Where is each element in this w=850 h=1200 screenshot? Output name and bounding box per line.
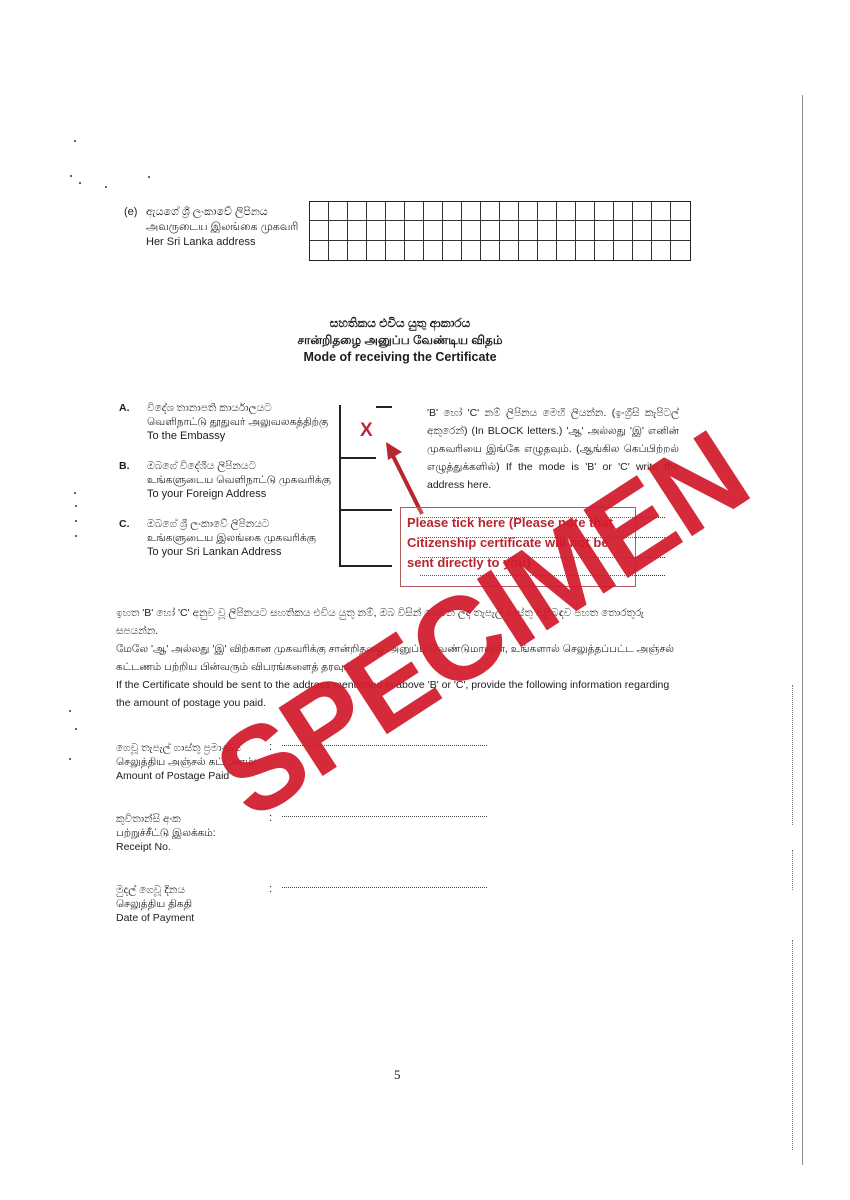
field-tamil: பற்றுச்சீட்டு இலக்கம்: bbox=[116, 826, 216, 840]
address-grid-cell[interactable] bbox=[443, 202, 462, 221]
address-grid-cell[interactable] bbox=[443, 221, 462, 240]
right-margin-rule bbox=[802, 95, 803, 1165]
address-grid-cell[interactable] bbox=[329, 241, 348, 260]
address-grid-cell[interactable] bbox=[310, 221, 329, 240]
field-tamil: செலுத்திய திகதி bbox=[116, 897, 194, 911]
tick-box-border bbox=[340, 565, 392, 567]
scan-speck bbox=[148, 176, 150, 178]
label-sinhala: ඇයගේ ශ්‍රී ලංකාවේ ලිපිනය bbox=[146, 206, 268, 218]
selected-mark-x: X bbox=[360, 420, 373, 442]
address-grid-cell[interactable] bbox=[481, 221, 500, 240]
address-grid-cell[interactable] bbox=[595, 241, 614, 260]
address-grid-cell[interactable] bbox=[386, 241, 405, 260]
address-grid-cell[interactable] bbox=[671, 241, 690, 260]
address-grid-cell[interactable] bbox=[462, 202, 481, 221]
address-grid-cell[interactable] bbox=[576, 241, 595, 260]
heading-sinhala: සහතිකය එවිය යුතු ආකාරය bbox=[0, 315, 800, 332]
option-embassy: A. විදේශ තානාපති කාර්යාලයට வெளிநாட்டு தூ… bbox=[119, 401, 328, 443]
option-letter: A. bbox=[119, 401, 130, 415]
address-grid-cell[interactable] bbox=[367, 202, 386, 221]
scan-speck bbox=[105, 186, 107, 188]
address-grid-cell[interactable] bbox=[576, 221, 595, 240]
option-tamil: உங்களுடைய வெளிநாட்டு முகவரிக்கு bbox=[147, 473, 331, 487]
field-date-of-payment-label: මුදල් ගෙවූ දිනය செலுத்திய திகதி Date of … bbox=[116, 883, 194, 925]
address-grid-cell[interactable] bbox=[519, 241, 538, 260]
option-tamil: உங்களுடைய இலங்கை முகவரிக்கு bbox=[147, 531, 316, 545]
address-grid-cell[interactable] bbox=[519, 221, 538, 240]
address-grid-cell[interactable] bbox=[500, 241, 519, 260]
address-grid-cell[interactable] bbox=[633, 202, 652, 221]
sri-lanka-address-grid[interactable] bbox=[309, 201, 691, 261]
option-letter: C. bbox=[119, 517, 130, 531]
address-grid-cell[interactable] bbox=[443, 241, 462, 260]
address-grid-cell[interactable] bbox=[614, 221, 633, 240]
address-grid-cell[interactable] bbox=[557, 202, 576, 221]
section-index: (e) bbox=[124, 205, 146, 220]
option-english: To your Sri Lankan Address bbox=[147, 545, 316, 559]
address-grid-cell[interactable] bbox=[310, 241, 329, 260]
scan-speck bbox=[75, 535, 77, 537]
option-sinhala: ඔබගේ විදේශීය ලිපිනයට bbox=[147, 459, 331, 473]
date-of-payment-input[interactable] bbox=[282, 887, 487, 888]
scan-speck bbox=[74, 492, 76, 494]
address-grid-cell[interactable] bbox=[348, 241, 367, 260]
address-grid-cell[interactable] bbox=[557, 241, 576, 260]
instruction-block-letters: (In BLOCK letters.) bbox=[472, 425, 563, 437]
heading-tamil: சான்றிதழை அனுப்ப வேண்டிய விதம் bbox=[0, 332, 800, 349]
address-grid-cell[interactable] bbox=[538, 241, 557, 260]
margin-dash-marks bbox=[792, 940, 794, 1150]
scan-speck bbox=[79, 182, 81, 184]
address-grid-cell[interactable] bbox=[367, 241, 386, 260]
option-sri-lankan-address: C. ඔබගේ ශ්‍රී ලංකාවේ ලිපිනයට உங்களுடைய இ… bbox=[119, 517, 316, 559]
receipt-no-input[interactable] bbox=[282, 816, 487, 817]
scan-speck bbox=[74, 140, 76, 142]
address-grid-cell[interactable] bbox=[462, 221, 481, 240]
mode-of-receiving-heading: සහතිකය එවිය යුතු ආකාරය சான்றிதழை அனுப்ப … bbox=[0, 315, 800, 366]
her-sri-lanka-address-label: (e)ඇයගේ ශ්‍රී ලංකාවේ ලිපිනය அவருடைய இலங்… bbox=[124, 205, 298, 250]
scan-speck bbox=[75, 728, 77, 730]
address-grid-cell[interactable] bbox=[671, 202, 690, 221]
field-english: Date of Payment bbox=[116, 911, 194, 925]
option-letter: B. bbox=[119, 459, 130, 473]
field-english: Receipt No. bbox=[116, 840, 216, 854]
option-sinhala: විදේශ තානාපති කාර්යාලයට bbox=[147, 401, 328, 415]
label-english: Her Sri Lanka address bbox=[124, 235, 298, 250]
address-grid-cell[interactable] bbox=[500, 202, 519, 221]
address-grid-cell[interactable] bbox=[310, 202, 329, 221]
address-grid-cell[interactable] bbox=[348, 202, 367, 221]
option-sinhala: ඔබගේ ශ්‍රී ලංකාවේ ලිපිනයට bbox=[147, 517, 316, 531]
address-grid-cell[interactable] bbox=[614, 202, 633, 221]
address-grid-cell[interactable] bbox=[348, 221, 367, 240]
address-grid-cell[interactable] bbox=[652, 202, 671, 221]
address-grid-cell[interactable] bbox=[481, 202, 500, 221]
address-grid-cell[interactable] bbox=[405, 202, 424, 221]
address-grid-cell[interactable] bbox=[424, 241, 443, 260]
heading-english: Mode of receiving the Certificate bbox=[0, 349, 800, 366]
margin-dash-marks bbox=[792, 850, 794, 890]
option-english: To the Embassy bbox=[147, 429, 328, 443]
address-grid-cell[interactable] bbox=[633, 241, 652, 260]
option-foreign-address: B. ඔබගේ විදේශීය ලිපිනයට உங்களுடைய வெளிநா… bbox=[119, 459, 331, 501]
address-grid-cell[interactable] bbox=[652, 221, 671, 240]
address-grid-cell[interactable] bbox=[557, 221, 576, 240]
address-grid-cell[interactable] bbox=[405, 221, 424, 240]
option-tamil: வெளிநாட்டு தூதுவர் அலுவலகத்திற்கு bbox=[147, 415, 328, 429]
field-sinhala: මුදල් ගෙවූ දිනය bbox=[116, 883, 194, 897]
scan-speck bbox=[69, 758, 71, 760]
annotation-arrow-icon bbox=[380, 438, 430, 518]
scan-speck bbox=[70, 175, 72, 177]
scan-speck bbox=[75, 520, 77, 522]
address-grid-cell[interactable] bbox=[386, 221, 405, 240]
address-grid-cell[interactable] bbox=[633, 221, 652, 240]
field-sinhala: කුවිතාන්සි අංක bbox=[116, 812, 216, 826]
option-english: To your Foreign Address bbox=[147, 487, 331, 501]
page-number: 5 bbox=[394, 1067, 401, 1083]
label-tamil: அவருடைய இலங்கை முகவரி bbox=[124, 220, 298, 235]
address-grid-cell[interactable] bbox=[329, 202, 348, 221]
margin-dash-marks bbox=[792, 685, 794, 825]
address-grid-cell[interactable] bbox=[386, 202, 405, 221]
scan-speck bbox=[69, 710, 71, 712]
address-grid-cell[interactable] bbox=[595, 221, 614, 240]
address-grid-cell[interactable] bbox=[595, 202, 614, 221]
address-grid-cell[interactable] bbox=[614, 241, 633, 260]
address-grid-cell[interactable] bbox=[424, 202, 443, 221]
address-grid-cell[interactable] bbox=[538, 221, 557, 240]
address-grid-cell[interactable] bbox=[500, 221, 519, 240]
address-grid-cell[interactable] bbox=[367, 221, 386, 240]
address-grid-cell[interactable] bbox=[481, 241, 500, 260]
address-grid-cell[interactable] bbox=[538, 202, 557, 221]
address-grid-cell[interactable] bbox=[329, 221, 348, 240]
address-grid-cell[interactable] bbox=[652, 241, 671, 260]
scan-speck bbox=[75, 505, 77, 507]
address-grid-cell[interactable] bbox=[576, 202, 595, 221]
field-colon: : bbox=[269, 883, 272, 895]
address-grid-cell[interactable] bbox=[519, 202, 538, 221]
address-grid-cell[interactable] bbox=[405, 241, 424, 260]
address-grid-cell[interactable] bbox=[424, 221, 443, 240]
address-grid-cell[interactable] bbox=[671, 221, 690, 240]
field-receipt-no-label: කුවිතාන්සි අංක பற்றுச்சீட்டு இலக்கம்: Re… bbox=[116, 812, 216, 854]
address-grid-cell[interactable] bbox=[462, 241, 481, 260]
